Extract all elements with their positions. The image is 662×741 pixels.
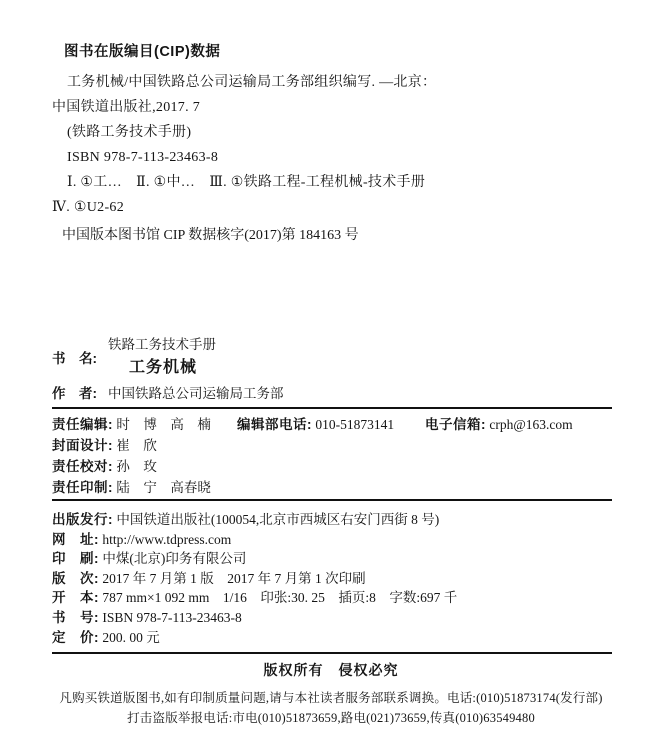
- cip-series-note: (铁路工务技术手册): [67, 120, 614, 145]
- phone-label: 编辑部电话:: [237, 417, 312, 432]
- staff-block: 责任编辑: 时 博 高 楠 编辑部电话: 010-51873141 电子信箱: …: [52, 414, 614, 498]
- price-row: 定 价: 200. 00 元: [52, 628, 618, 648]
- cip-classification-line1: Ⅰ. ①工… Ⅱ. ①中… Ⅲ. ①铁路工程-工程机械-技术手册: [67, 170, 614, 195]
- edition-row: 版 次: 2017 年 7 月第 1 版 2017 年 7 月第 1 次印刷: [52, 569, 618, 589]
- cip-block: 图书在版编目(CIP)数据 工务机械/中国铁路总公司运输局工务部组织编写. —北…: [52, 40, 614, 248]
- price-value: 200. 00 元: [102, 630, 159, 645]
- editor-names: 时 博 高 楠: [116, 417, 211, 432]
- price-label: 定 价:: [52, 630, 99, 645]
- cover-design-names: 崔 欣: [116, 438, 157, 453]
- proofreader-names: 孙 玫: [116, 459, 157, 474]
- staff-row-proofreader: 责任校对: 孙 玫: [52, 456, 614, 477]
- isbn-row: 书 号: ISBN 978-7-113-23463-8: [52, 608, 618, 628]
- cover-design-label: 封面设计:: [52, 438, 113, 453]
- copyright-notice: 版权所有 侵权必究: [30, 660, 632, 680]
- print-supervisor-label: 责任印制:: [52, 480, 113, 495]
- book-info-block: 书 名: 铁路工务技术手册 工务机械 作 者: 中国铁路总公司运输局工务部: [52, 334, 614, 404]
- printer-row: 印 刷: 中煤(北京)印务有限公司: [52, 549, 618, 569]
- divider-rule-top: [52, 407, 612, 409]
- email-group: 电子信箱: crph@163.com: [425, 414, 573, 435]
- book-author: 中国铁路总公司运输局工务部: [108, 383, 284, 404]
- book-title: 工务机械: [129, 355, 216, 380]
- website-value: http://www.tdpress.com: [102, 532, 231, 547]
- website-row: 网 址: http://www.tdpress.com: [52, 530, 618, 550]
- format-label: 开 本:: [52, 590, 99, 605]
- format-row: 开 本: 787 mm×1 092 mm 1/16 印张:30. 25 插页:8…: [52, 588, 618, 608]
- cip-isbn: ISBN 978-7-113-23463-8: [67, 145, 614, 170]
- proofreader-label: 责任校对:: [52, 459, 113, 474]
- email-label: 电子信箱:: [425, 417, 486, 432]
- isbn-label: 书 号:: [52, 610, 99, 625]
- phone-value: 010-51873141: [315, 417, 394, 432]
- cip-heading: 图书在版编目(CIP)数据: [64, 40, 614, 61]
- publishing-block: 出版发行: 中国铁道出版社(100054,北京市西城区右安门西街 8 号) 网 …: [52, 510, 618, 647]
- publisher-label: 出版发行:: [52, 512, 113, 527]
- book-title-values: 铁路工务技术手册 工务机械: [108, 334, 216, 380]
- staff-row-print-supervisor: 责任印制: 陆 宁 高春晓: [52, 477, 614, 498]
- staff-row-editor: 责任编辑: 时 博 高 楠 编辑部电话: 010-51873141 电子信箱: …: [52, 414, 614, 435]
- footer-service-line: 凡购买铁道版图书,如有印制质量问题,请与本社读者服务部联系调换。电话:(010)…: [30, 688, 632, 708]
- edition-value: 2017 年 7 月第 1 版 2017 年 7 月第 1 次印刷: [102, 571, 365, 586]
- phone-group: 编辑部电话: 010-51873141: [237, 414, 394, 435]
- isbn-value: ISBN 978-7-113-23463-8: [102, 610, 241, 625]
- website-label: 网 址:: [52, 532, 99, 547]
- publisher-row: 出版发行: 中国铁道出版社(100054,北京市西城区右安门西街 8 号): [52, 510, 618, 530]
- editor-label: 责任编辑:: [52, 417, 113, 432]
- print-supervisor-names: 陆 宁 高春晓: [116, 480, 211, 495]
- copyright-page: 图书在版编目(CIP)数据 工务机械/中国铁路总公司运输局工务部组织编写. —北…: [0, 0, 662, 741]
- publisher-value: 中国铁道出版社(100054,北京市西城区右安门西街 8 号): [116, 512, 439, 527]
- footer-block: 版权所有 侵权必究 凡购买铁道版图书,如有印制质量问题,请与本社读者服务部联系调…: [30, 660, 632, 728]
- cip-description-line1: 工务机械/中国铁路总公司运输局工务部组织编写. —北京：: [67, 70, 614, 95]
- cip-classification-line2: Ⅳ. ①U2-62: [52, 195, 614, 220]
- cip-registry-number: 中国版本图书馆 CIP 数据核字(2017)第 184163 号: [62, 223, 614, 248]
- divider-rule-middle: [52, 499, 612, 501]
- series-title: 铁路工务技术手册: [108, 334, 216, 355]
- email-value: crph@163.com: [489, 417, 572, 432]
- format-value: 787 mm×1 092 mm 1/16 印张:30. 25 插页:8 字数:6…: [102, 590, 457, 605]
- staff-row-cover-design: 封面设计: 崔 欣: [52, 435, 614, 456]
- divider-rule-bottom: [52, 652, 612, 654]
- book-author-row: 作 者: 中国铁路总公司运输局工务部: [52, 383, 614, 404]
- cip-description-line2: 中国铁道出版社,2017. 7: [52, 95, 614, 120]
- book-title-label: 书 名:: [52, 347, 108, 367]
- printer-label: 印 刷:: [52, 551, 99, 566]
- book-title-row: 书 名: 铁路工务技术手册 工务机械: [52, 334, 614, 380]
- footer-antipiracy-line: 打击盗版举报电话:市电(010)51873659,路电(021)73659,传真…: [30, 708, 632, 728]
- book-author-label: 作 者:: [52, 383, 108, 404]
- printer-value: 中煤(北京)印务有限公司: [102, 551, 246, 566]
- edition-label: 版 次:: [52, 571, 99, 586]
